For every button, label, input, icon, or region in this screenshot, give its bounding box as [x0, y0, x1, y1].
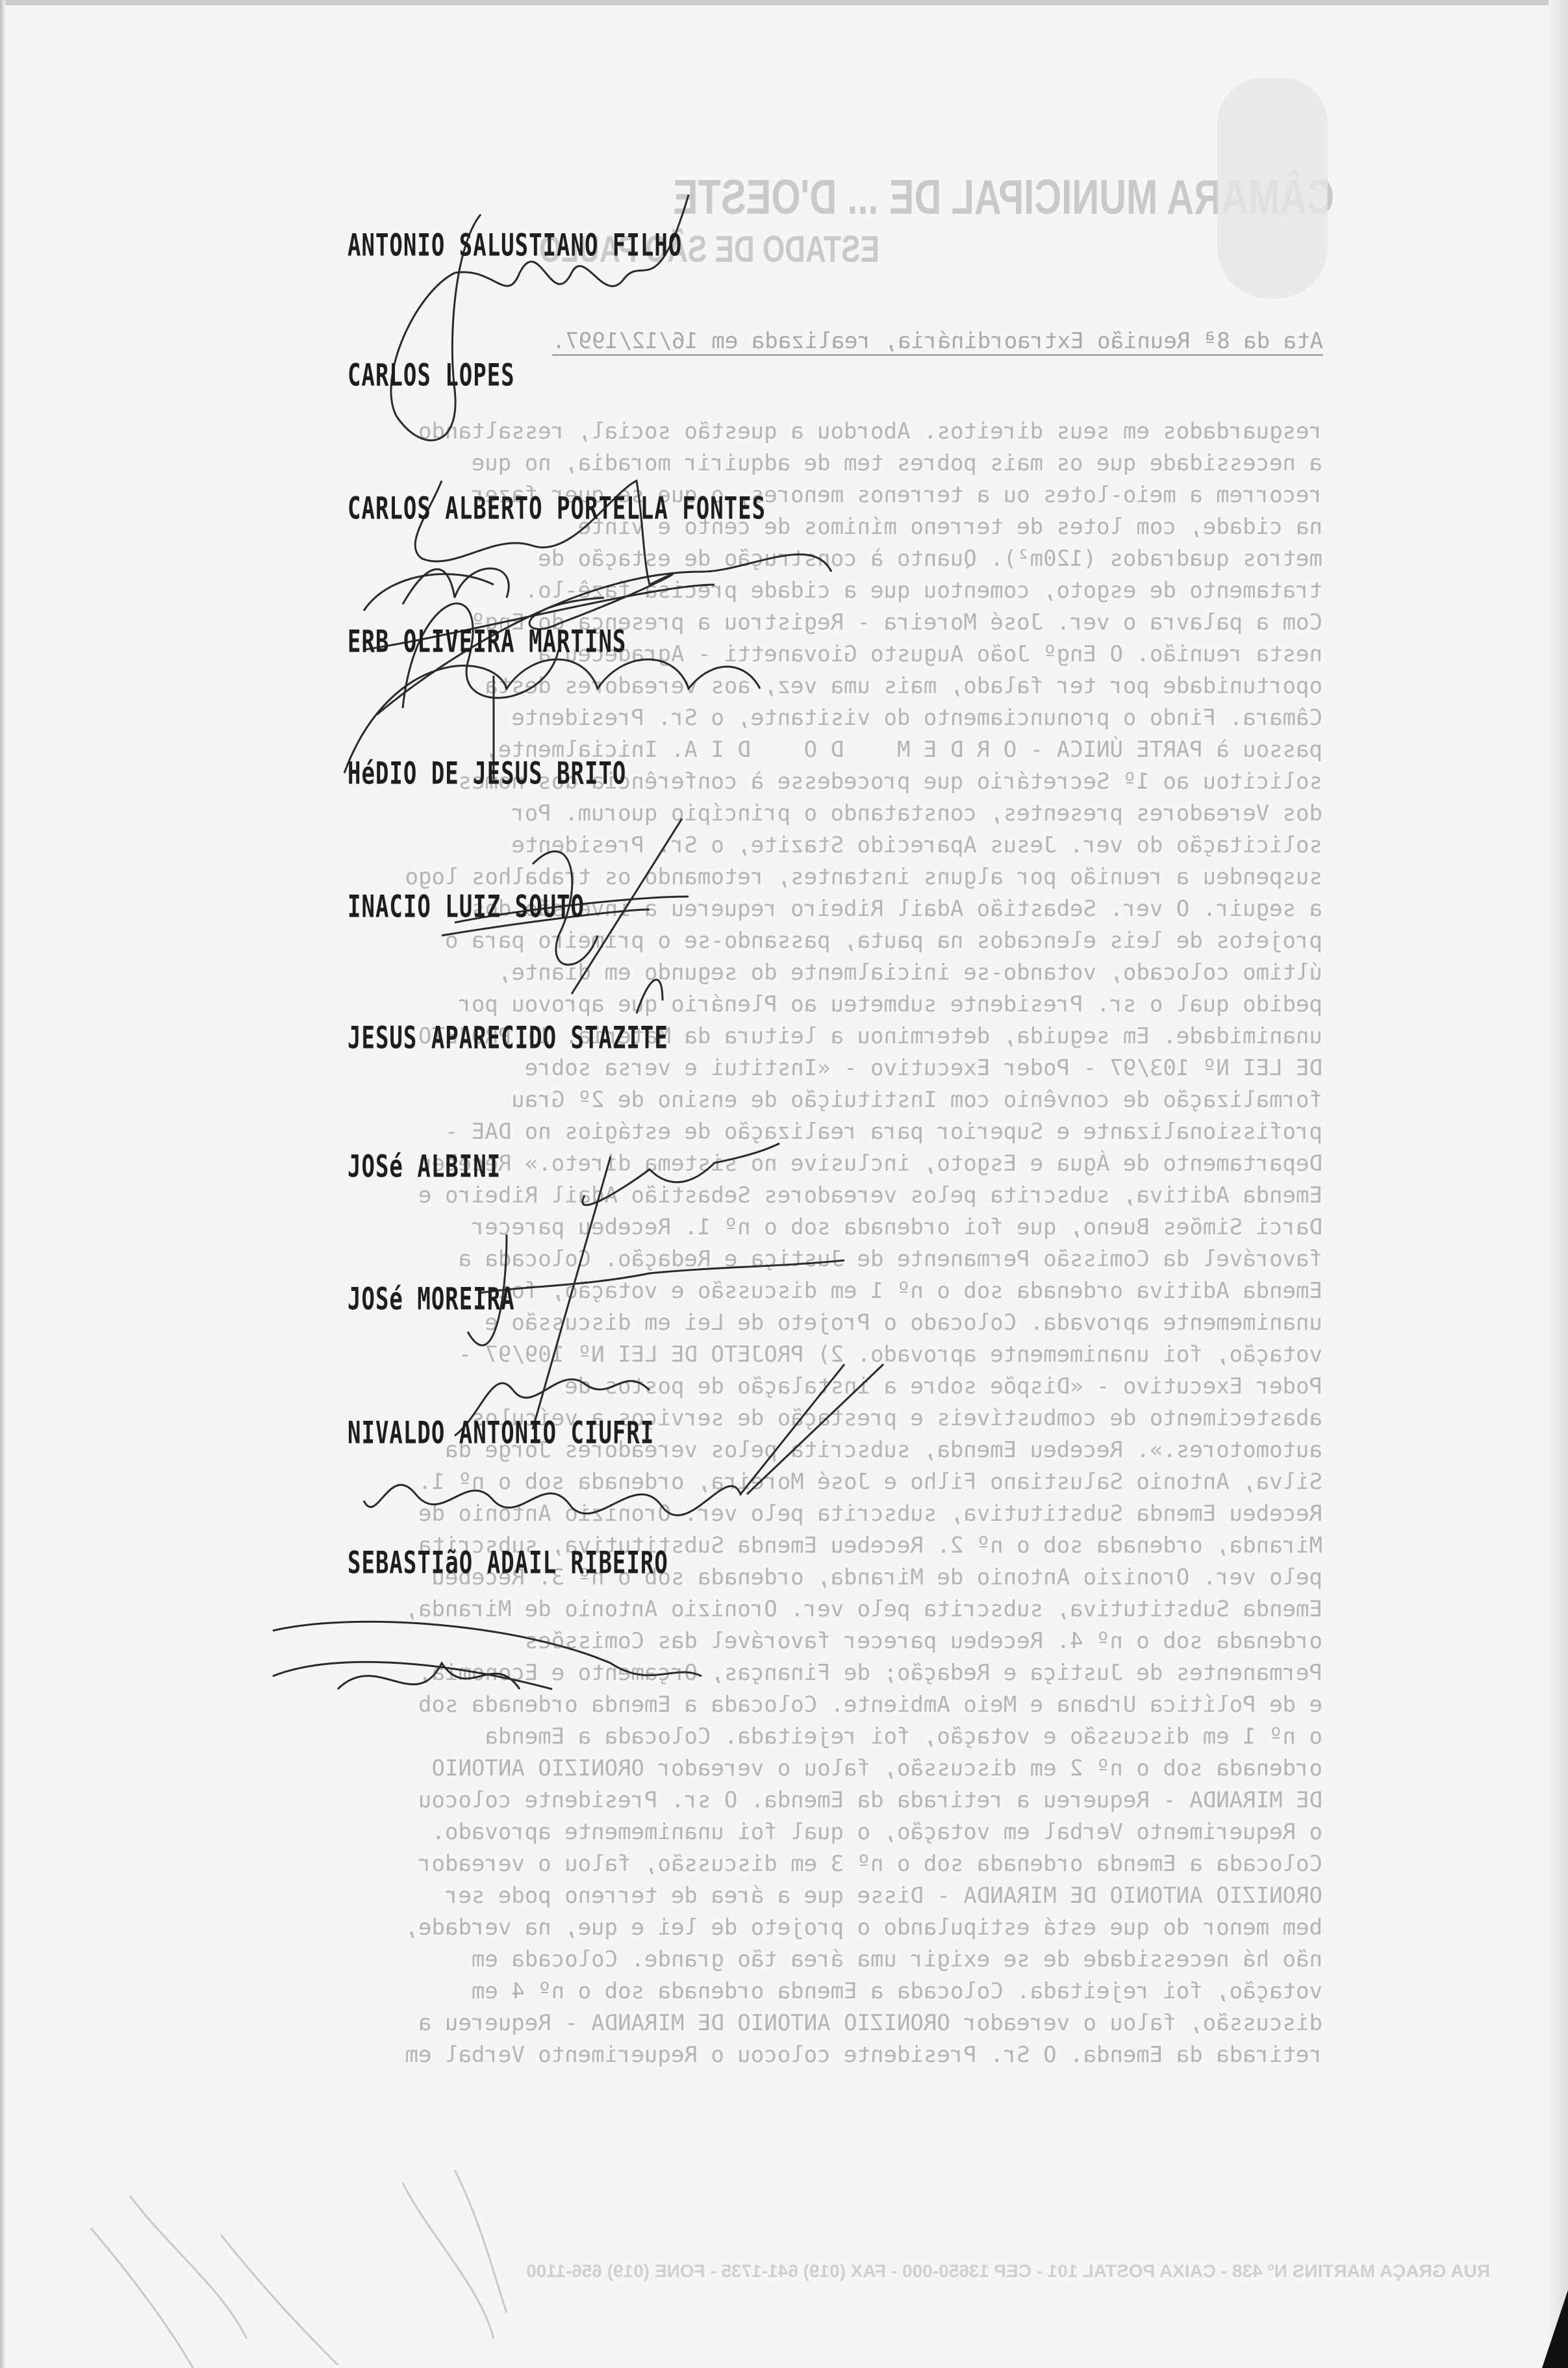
signatory-name: ANTONIO SALUSTIANO FILHO: [348, 227, 682, 264]
signatory-name: SEBASTIãO ADAIL RIBEIRO: [348, 1545, 668, 1581]
signatory-name: ERB OLIVEIRA MARTINS: [348, 624, 626, 660]
scanned-page: CÂMARA MUNICIPAL DE ... D'OESTE ESTADO D…: [0, 0, 1568, 2368]
signatory-name: JESUS APARECIDO STAZITE: [348, 1020, 668, 1056]
signatory-name: CARLOS ALBERTO PORTELLA FONTES: [348, 490, 766, 527]
handwritten-signatures: [0, 0, 1568, 2368]
signatory-name: HéDIO DE JESUS BRITO: [348, 756, 626, 792]
signatory-name: INACIO LUIZ SOUTO: [348, 889, 585, 925]
signatory-name: CARLOS LOPES: [348, 357, 515, 394]
signatory-name: NIVALDO ANTONIO CIUFRI: [348, 1415, 654, 1451]
signatory-name: JOSé ALBINI: [348, 1149, 501, 1185]
signatory-name: JOSé MOREIRA: [348, 1281, 515, 1318]
